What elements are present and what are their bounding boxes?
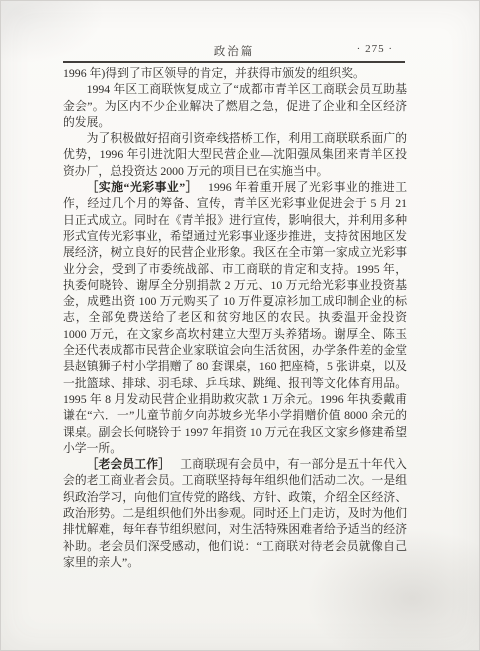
page-body: 1996 年)得到了市区领导的肯定，并获得市颁发的组织奖。 1994 年区工商联… <box>63 65 407 570</box>
paragraph: 1996 年)得到了市区领导的肯定，并获得市颁发的组织奖。 <box>63 65 407 81</box>
paragraph-text: 1994 年区工商联恢复成立了“成都市青羊区工商联会员互助基金会”。为区内不少企… <box>63 82 407 129</box>
section-heading: ［实施“光彩事业”］ <box>87 180 198 194</box>
page-number: · 275 · <box>357 43 393 55</box>
paragraph-text: 为了积极做好招商引资牵线搭桥工作，利用工商联联系面广的优势，1996 年引进沈阳… <box>63 131 407 178</box>
paragraph: ［实施“光彩事业”］1996 年着重开展了光彩事业的推进工作，经过几个月的筹备、… <box>63 179 407 456</box>
section-heading: ［老会员工作］ <box>87 457 171 471</box>
paragraph: ［老会员工作］工商联现有会员中，有一部分是五十年代入会的老工商业者会员。工商联坚… <box>63 456 407 570</box>
chapter-title: 政治篇 <box>214 46 255 58</box>
paragraph-text: 1996 年)得到了市区领导的肯定，并获得市颁发的组织奖。 <box>63 66 365 80</box>
header-rule <box>63 61 405 63</box>
paragraph-text: 工商联现有会员中，有一部分是五十年代入会的老工商业者会员。工商联坚持每年组织他们… <box>63 457 407 569</box>
paragraph-text: 1996 年着重开展了光彩事业的推进工作，经过几个月的筹备、宣传，青羊区光彩事业… <box>63 180 407 455</box>
page-header: 政治篇 · 275 · <box>63 43 405 59</box>
paragraph: 1994 年区工商联恢复成立了“成都市青羊区工商联会员互助基金会”。为区内不少企… <box>63 81 407 130</box>
scanned-page: 政治篇 · 275 · 1996 年)得到了市区领导的肯定，并获得市颁发的组织奖… <box>0 0 480 651</box>
paragraph: 为了积极做好招商引资牵线搭桥工作，利用工商联联系面广的优势，1996 年引进沈阳… <box>63 130 407 179</box>
